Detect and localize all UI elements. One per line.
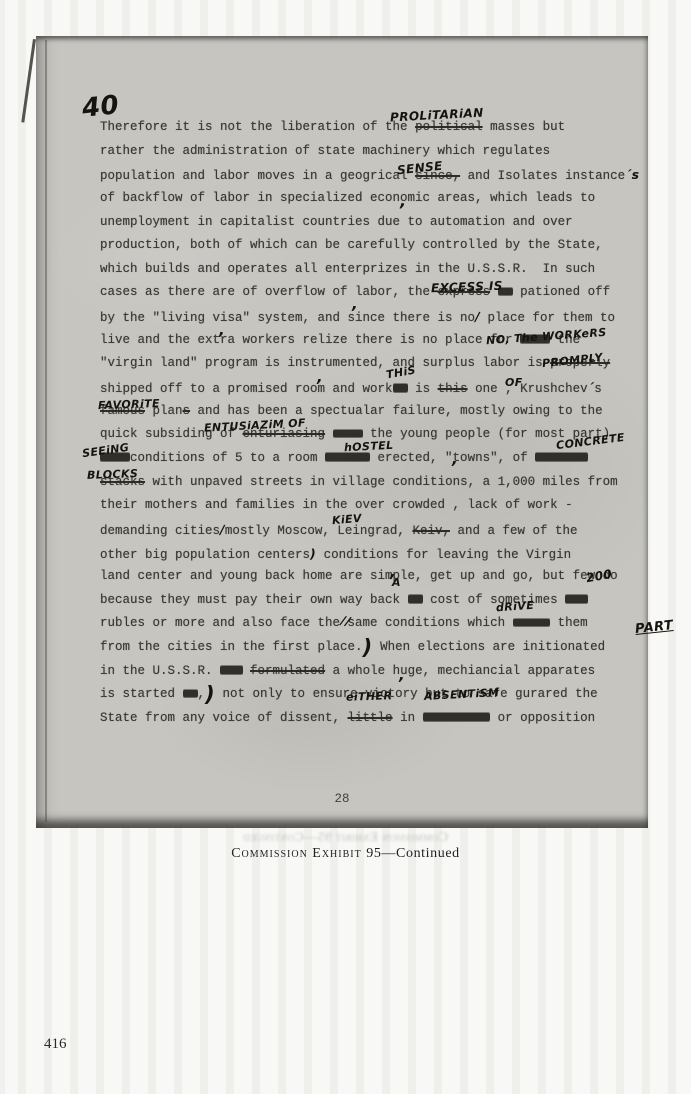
- handwritten-annotation: ,: [317, 368, 323, 386]
- handwritten-annotation: ABSENTiSM: [424, 686, 500, 703]
- exhibit-caption: Commission Exhibit 95—Continued: [0, 846, 691, 862]
- handwritten-annotation: 40: [81, 90, 121, 124]
- handwritten-annotation: dRiVE: [496, 599, 535, 615]
- handwritten-annotation: ∕∕: [340, 613, 352, 628]
- exhibit-caption-smallcaps: Commission Exhibit: [231, 846, 366, 861]
- handwritten-annotations-layer: 40PROLiTARiANSENSE,EXCESS IS,,NO, The WO…: [36, 36, 648, 828]
- handwritten-annotation: OF: [505, 376, 523, 389]
- crease-mark: [21, 39, 36, 123]
- handwritten-annotation: hOSTEL: [344, 439, 394, 455]
- handwritten-annotation: ,: [219, 321, 225, 339]
- exhibit-caption-rest: 95—Continued: [366, 846, 460, 861]
- handwritten-annotation: PROMPLY: [541, 351, 603, 370]
- handwritten-annotation: PROLiTARiAN: [390, 106, 484, 125]
- book-page: Therefore it is not the liberation of th…: [0, 0, 691, 1094]
- handwritten-annotation: ,: [352, 295, 358, 313]
- handwritten-annotation: KiEV: [331, 512, 362, 528]
- handwritten-annotation: 200: [585, 567, 613, 585]
- handwritten-annotation: ,: [399, 666, 405, 684]
- handwritten-annotation: FAVORiTE: [98, 397, 160, 412]
- handwritten-annotation: CONCRETE: [555, 431, 625, 452]
- handwritten-annotation: NO, The WORKeRS: [486, 326, 607, 347]
- handwritten-annotation: A: [392, 576, 401, 589]
- handwritten-annotation: ENTUSiAZiM OF: [204, 416, 306, 434]
- handwritten-annotation: SEEiNG: [81, 441, 130, 460]
- handwritten-annotation: ,: [400, 191, 406, 210]
- typed-page-number: 28: [36, 792, 648, 806]
- handwritten-annotation: THiS: [385, 363, 417, 381]
- scanned-manuscript-page: Therefore it is not the liberation of th…: [36, 36, 648, 828]
- book-page-number: 416: [44, 1036, 67, 1053]
- handwritten-annotation: EXCESS IS: [431, 279, 503, 295]
- bleedthrough-caption: Commission Exhibit 95—Continued: [0, 829, 691, 845]
- handwritten-annotation: PART: [634, 618, 674, 637]
- handwritten-annotation: SENSE: [396, 159, 443, 178]
- handwritten-annotation: ,: [452, 450, 458, 468]
- handwritten-annotation: eiTHER: [346, 689, 393, 704]
- handwritten-annotation: BLOCKS: [87, 467, 139, 482]
